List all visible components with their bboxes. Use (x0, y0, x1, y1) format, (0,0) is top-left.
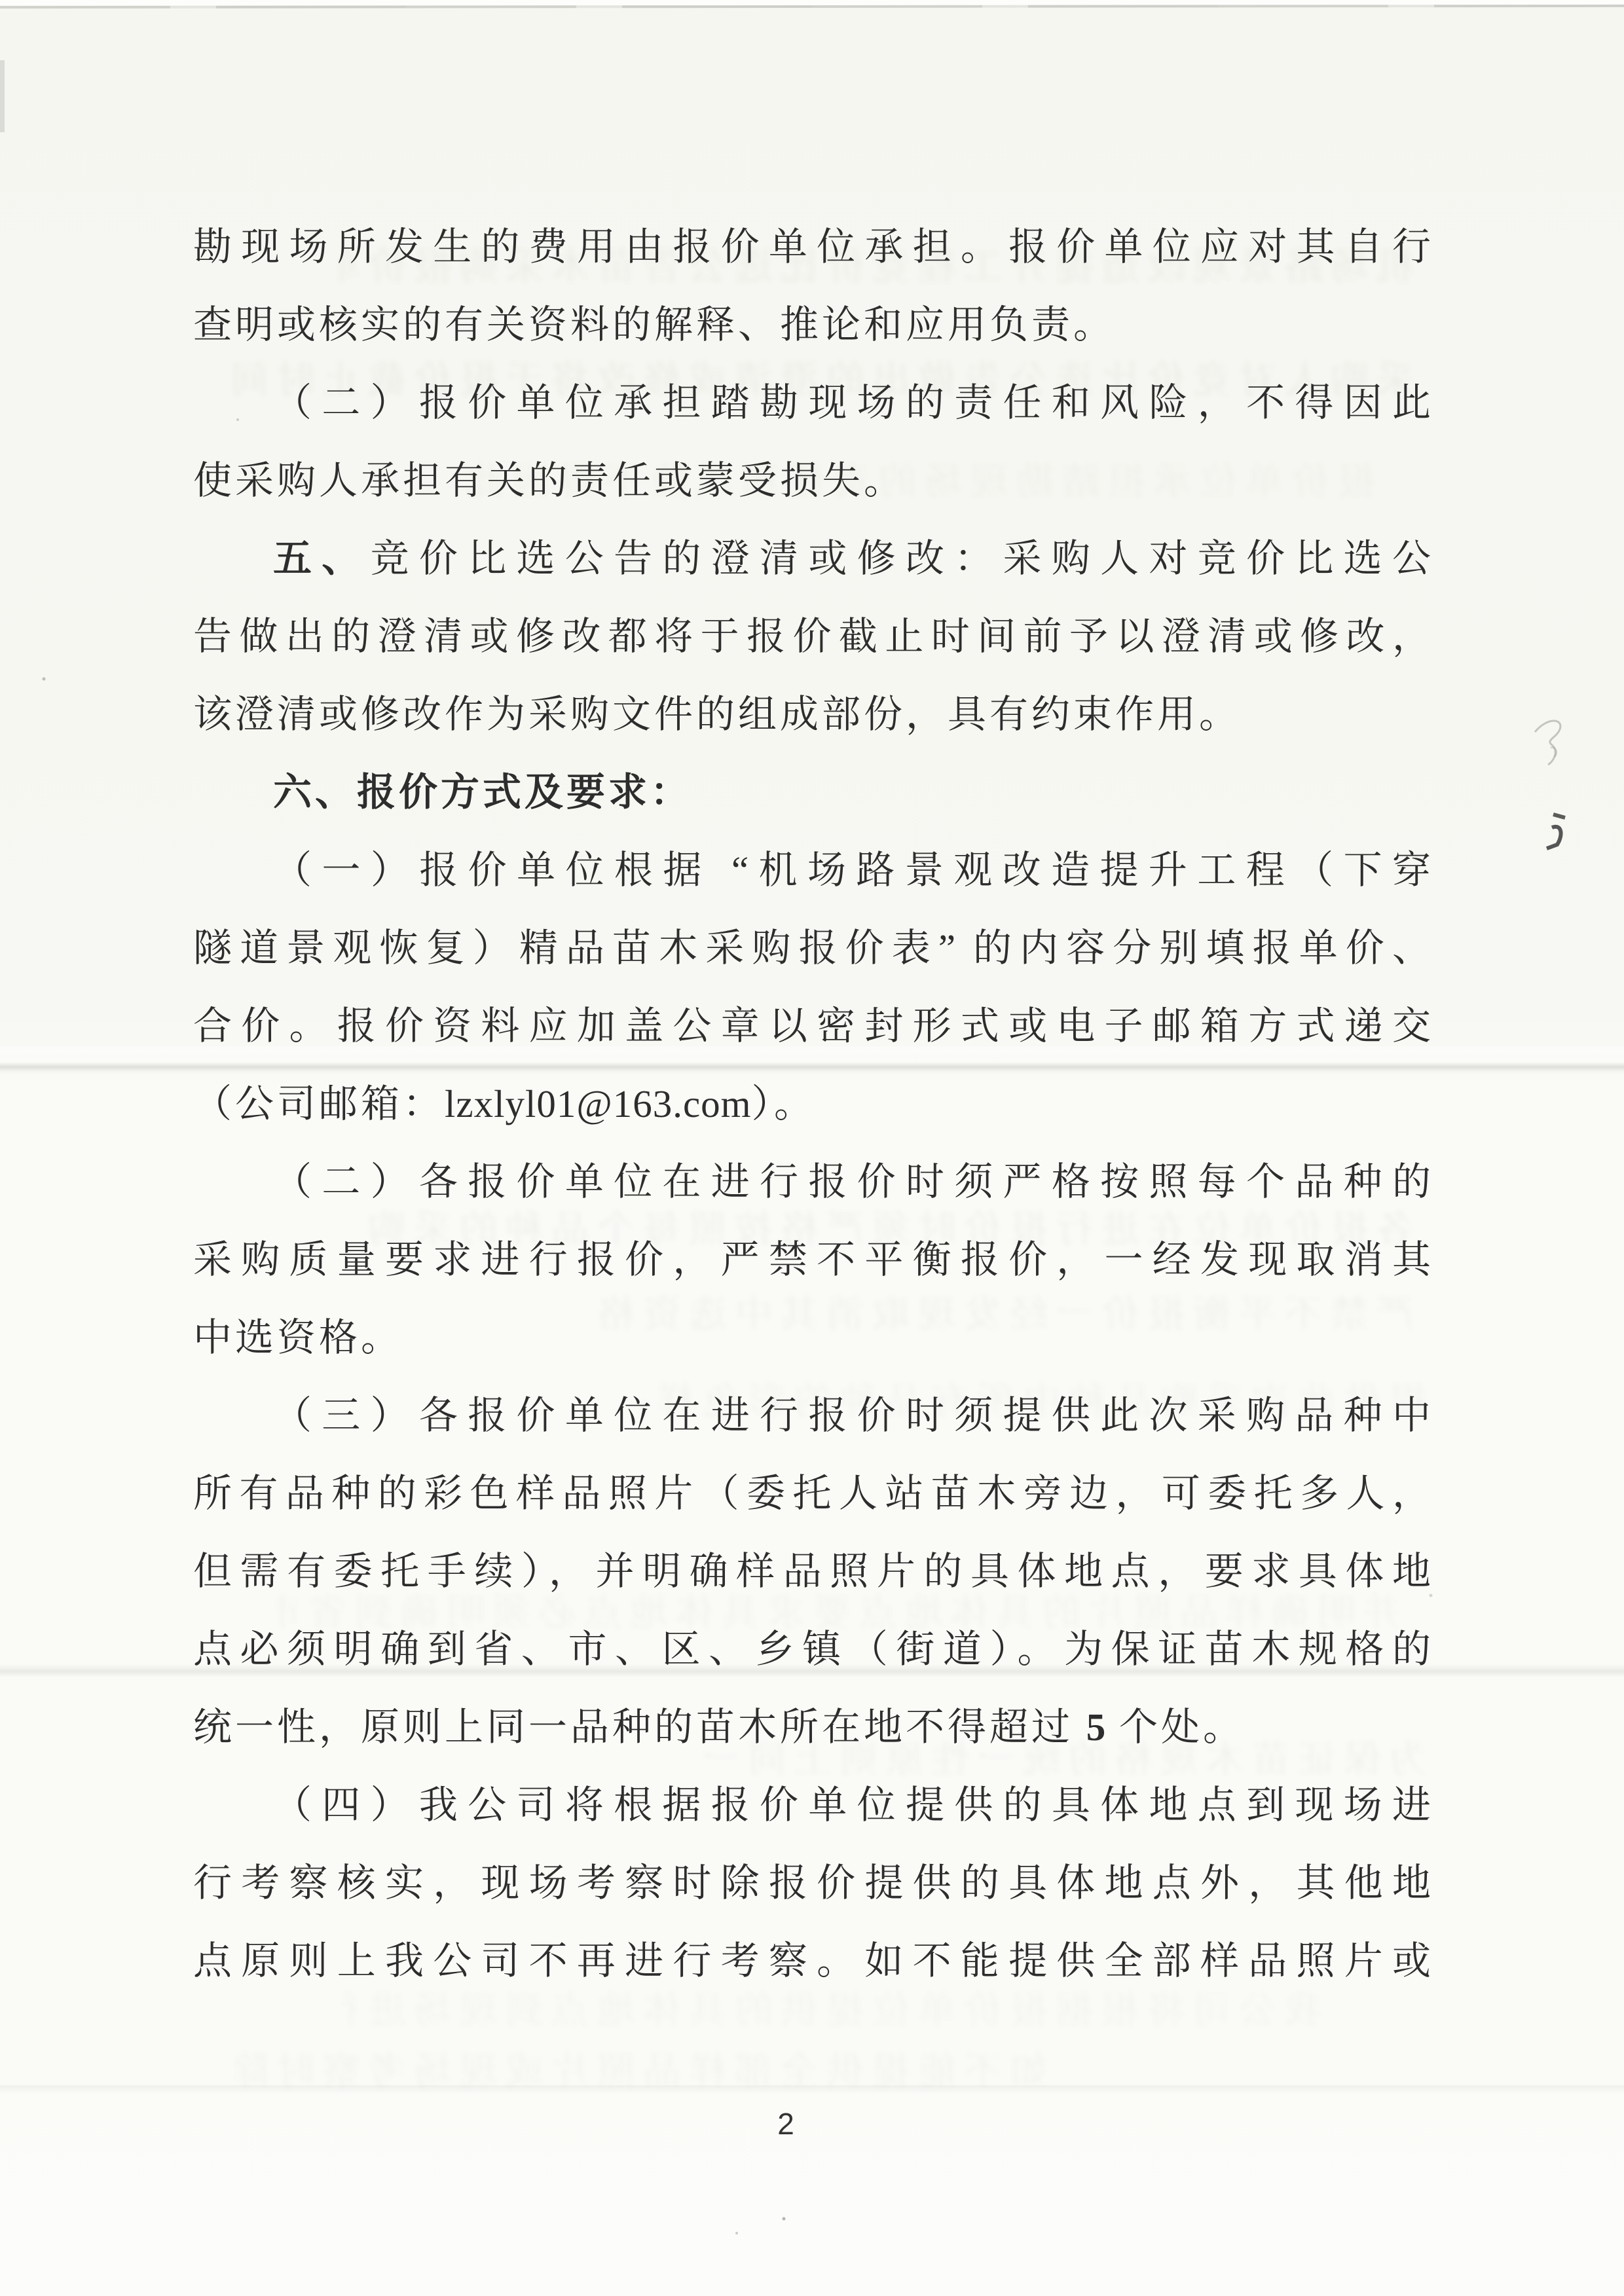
scan-speck-artifacts (0, 0, 1, 1)
text-line-15: 中选资格。 (193, 1299, 1431, 1377)
text-segment: 勘现场所发生的费用由报价单位承担。报价单位应对其自行 (193, 225, 1431, 268)
text-line-3: （二）报价单位承担踏勘现场的责任和风险，不得因此 (193, 364, 1431, 442)
text-line-17: 所有品种的彩色样品照片（委托人站苗木旁边，可委托多人， (193, 1455, 1431, 1533)
text-segment: lzxlyl01@163.com (445, 1082, 752, 1125)
text-line-21: （四）我公司将根据报价单位提供的具体地点到现场进 (193, 1766, 1431, 1844)
text-segment: 点原则上我公司不再进行考察。如不能提供全部样品照片或 (193, 1939, 1431, 1982)
text-segment: 点必须明确到省、市、区、乡镇（街道）。为保证苗木规格的 (193, 1628, 1431, 1671)
text-line-1: 勘现场所发生的费用由报价单位承担。报价单位应对其自行 (193, 208, 1431, 286)
scan-top-edge-artifact (0, 5, 1624, 9)
text-segment: （公司邮箱： (193, 1082, 445, 1125)
text-line-6: 告做出的澄清或修改都将于报价截止时间前予以澄清或修改， (193, 598, 1431, 676)
text-line-14: 采购质量要求进行报价，严禁不平衡报价，一经发现取消其 (193, 1221, 1431, 1299)
text-segment: 使采购人承担有关的责任或蒙受损失。 (193, 459, 906, 502)
bold-text-segment: 六、报价方式及要求： (273, 771, 692, 814)
text-line-16: （三）各报价单位在进行报价时须提供此次采购品种中 (193, 1377, 1431, 1455)
text-segment: 竞价比选公告的澄清或修改：采购人对竞价比选公 (371, 537, 1431, 580)
text-segment: （二）各报价单位在进行报价时须严格按照每个品种的 (273, 1160, 1431, 1203)
text-line-20: 统一性，原则上同一品种的苗木所在地不得超过 5 个处。 (193, 1688, 1431, 1766)
text-line-19: 点必须明确到省、市、区、乡镇（街道）。为保证苗木规格的 (193, 1611, 1431, 1688)
text-line-22: 行考察核实，现场考察时除报价提供的具体地点外，其他地 (193, 1844, 1431, 1922)
text-line-9: （一）报价单位根据 “机场路景观改造提升工程（下穿 (193, 831, 1431, 909)
text-segment: 但需有委托手续），并明确样品照片的具体地点，要求具体地 (193, 1550, 1431, 1593)
text-line-2: 查明或核实的有关资料的解释、推论和应用负责。 (193, 286, 1431, 364)
text-segment: 中选资格。 (193, 1316, 403, 1359)
scanned-document-page: 机场路景观改造提升工程竞价比选公告苗木采购报价单位采购人对竞价比选公告做出的澄清… (0, 0, 1624, 2296)
text-line-13: （二）各报价单位在进行报价时须严格按照每个品种的 (193, 1143, 1431, 1221)
text-segment: 所有品种的彩色样品照片（委托人站苗木旁边，可委托多人， (193, 1472, 1431, 1515)
text-segment: （一）报价单位根据 “机场路景观改造提升工程（下穿 (273, 848, 1431, 892)
page-number: 2 (765, 2105, 807, 2142)
scan-left-edge-artifact (0, 60, 5, 132)
text-line-7: 该澄清或修改作为采购文件的组成部份，具有约束作用。 (193, 676, 1431, 754)
scan-bottom-zone (0, 2085, 1624, 2296)
ink-mark-artifact (1536, 809, 1573, 855)
text-segment: （二）报价单位承担踏勘现场的责任和风险，不得因此 (273, 381, 1431, 424)
text-segment: 合价。报价资料应加盖公章以密封形式或电子邮箱方式递交 (193, 1004, 1431, 1048)
text-segment: （三）各报价单位在进行报价时须提供此次采购品种中 (273, 1394, 1431, 1437)
text-segment: （四）我公司将根据报价单位提供的具体地点到现场进 (273, 1783, 1431, 1827)
bold-text-segment: 五、 (273, 537, 371, 580)
ink-smudge-artifact (1526, 707, 1572, 773)
text-segment: 隧道景观恢复）精品苗木采购报价表” 的内容分别填报单价、 (193, 926, 1431, 970)
text-segment: 该澄清或修改作为采购文件的组成部份，具有约束作用。 (193, 693, 1241, 736)
text-line-8: 六、报价方式及要求： (193, 754, 1431, 831)
text-segment: 个处。 (1106, 1705, 1245, 1749)
text-segment: 告做出的澄清或修改都将于报价截止时间前予以澄清或修改， (193, 615, 1431, 658)
text-line-4: 使采购人承担有关的责任或蒙受损失。 (193, 442, 1431, 520)
document-body: 勘现场所发生的费用由报价单位承担。报价单位应对其自行查明或核实的有关资料的解释、… (193, 208, 1431, 2000)
bold-text-segment: 5 (1086, 1705, 1107, 1749)
text-segment: 行考察核实，现场考察时除报价提供的具体地点外，其他地 (193, 1861, 1431, 1904)
text-segment: ）。 (752, 1082, 817, 1125)
text-line-5: 五、竞价比选公告的澄清或修改：采购人对竞价比选公 (193, 520, 1431, 598)
text-line-10: 隧道景观恢复）精品苗木采购报价表” 的内容分别填报单价、 (193, 909, 1431, 987)
text-segment: 查明或核实的有关资料的解释、推论和应用负责。 (193, 303, 1115, 346)
text-line-11: 合价。报价资料应加盖公章以密封形式或电子邮箱方式递交 (193, 987, 1431, 1065)
text-segment: 统一性，原则上同一品种的苗木所在地不得超过 (193, 1705, 1086, 1749)
text-line-23: 点原则上我公司不再进行考察。如不能提供全部样品照片或 (193, 1922, 1431, 2000)
text-line-18: 但需有委托手续），并明确样品照片的具体地点，要求具体地 (193, 1533, 1431, 1611)
text-line-12: （公司邮箱：lzxlyl01@163.com）。 (193, 1065, 1431, 1143)
text-segment: 采购质量要求进行报价，严禁不平衡报价，一经发现取消其 (193, 1238, 1431, 1281)
